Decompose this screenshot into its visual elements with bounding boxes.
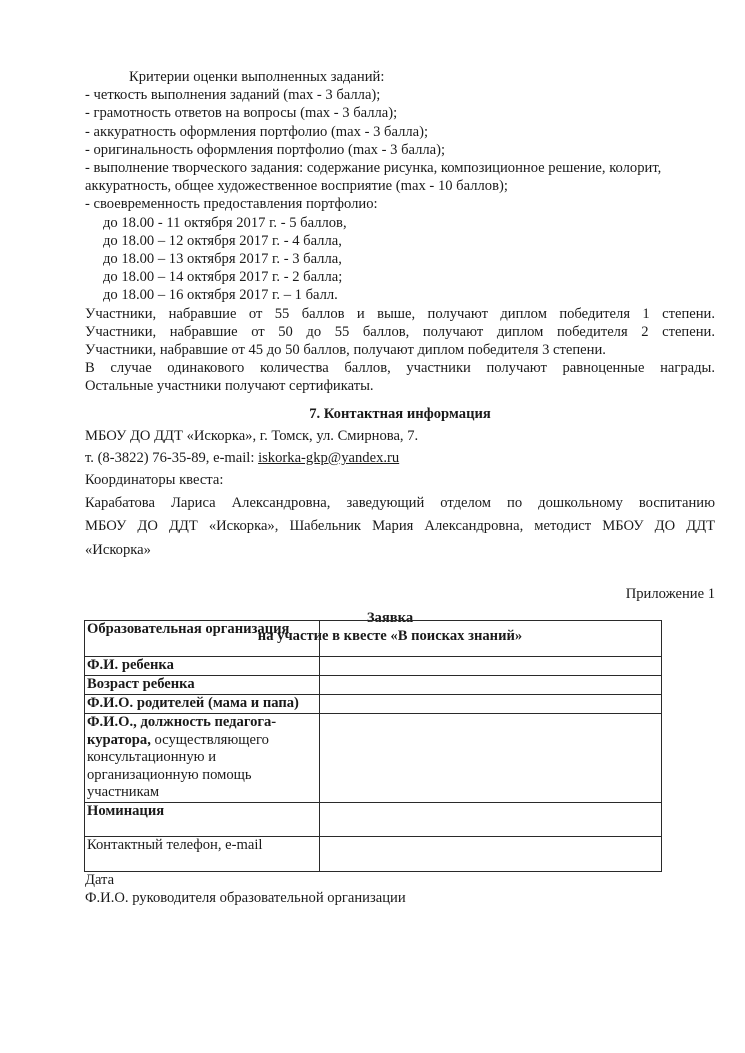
row-label-organization: Образовательная организация bbox=[85, 621, 320, 657]
table-row: Ф.И. ребенка bbox=[85, 657, 662, 676]
contacts-heading: 7. Контактная информация bbox=[85, 405, 715, 423]
deadline-item: до 18.00 – 16 октября 2017 г. – 1 балл. bbox=[85, 286, 715, 304]
coordinators-line: МБОУ ДО ДДТ «Искорка», Шабельник Мария А… bbox=[85, 517, 715, 535]
row-label-curator: Ф.И.О., должность педагога-куратора, осу… bbox=[85, 714, 320, 803]
row-value-nomination[interactable] bbox=[320, 803, 662, 837]
contacts-address: МБОУ ДО ДДТ «Искорка», г. Томск, ул. Сми… bbox=[85, 427, 715, 445]
deadline-item: до 18.00 – 13 октября 2017 г. - 3 балла, bbox=[85, 250, 715, 268]
table-row: Возраст ребенка bbox=[85, 676, 662, 695]
criteria-item: - выполнение творческого задания: содерж… bbox=[85, 159, 715, 177]
head-name-label: Ф.И.О. руководителя образовательной орга… bbox=[85, 889, 406, 907]
row-value-child-name[interactable] bbox=[320, 657, 662, 676]
table-row: Ф.И.О., должность педагога-куратора, осу… bbox=[85, 714, 662, 803]
appendix-label: Приложение 1 bbox=[85, 585, 715, 603]
table-row: Образовательная организация bbox=[85, 621, 662, 657]
row-value-organization[interactable] bbox=[320, 621, 662, 657]
criteria-item: - грамотность ответов на вопросы (max - … bbox=[85, 104, 715, 122]
criteria-item: - четкость выполнения заданий (max - 3 б… bbox=[85, 86, 715, 104]
row-value-parents[interactable] bbox=[320, 695, 662, 714]
criteria-intro: Критерии оценки выполненных заданий: bbox=[85, 68, 715, 86]
row-value-child-age[interactable] bbox=[320, 676, 662, 695]
row-label-child-name: Ф.И. ребенка bbox=[85, 657, 320, 676]
coordinators-line: Карабатова Лариса Александровна, заведую… bbox=[85, 494, 715, 512]
deadline-item: до 18.00 – 12 октября 2017 г. - 4 балла, bbox=[85, 232, 715, 250]
row-value-curator[interactable] bbox=[320, 714, 662, 803]
email-link[interactable]: iskorka-gkp@yandex.ru bbox=[258, 450, 399, 466]
row-label-child-age: Возраст ребенка bbox=[85, 676, 320, 695]
award-line: Участники, набравшие от 45 до 50 баллов,… bbox=[85, 341, 715, 359]
award-line: Участники, набравшие от 55 баллов и выше… bbox=[85, 305, 715, 323]
date-label: Дата bbox=[85, 871, 406, 889]
phone-text: т. (8-3822) 76-35-89, e-mail: bbox=[85, 450, 258, 466]
table-row: Контактный телефон, e-mail bbox=[85, 837, 662, 872]
document-page: Критерии оценки выполненных заданий: - ч… bbox=[85, 68, 715, 645]
criteria-item: аккуратность, общее художественное воспр… bbox=[85, 177, 715, 195]
coordinators-line: «Искорка» bbox=[85, 541, 715, 559]
criteria-item: - аккуратность оформления портфолио (max… bbox=[85, 123, 715, 141]
application-form-table: Образовательная организация Ф.И. ребенка… bbox=[84, 620, 662, 872]
table-row: Ф.И.О. родителей (мама и папа) bbox=[85, 695, 662, 714]
award-line: Участники, набравшие от 50 до 55 баллов,… bbox=[85, 323, 715, 341]
form-footer: Дата Ф.И.О. руководителя образовательной… bbox=[85, 871, 406, 907]
row-label-contacts: Контактный телефон, e-mail bbox=[85, 837, 320, 872]
contacts-phone: т. (8-3822) 76-35-89, e-mail: iskorka-gk… bbox=[85, 449, 715, 467]
award-line: В случае одинакового количества баллов, … bbox=[85, 359, 715, 377]
deadline-item: до 18.00 - 11 октября 2017 г. - 5 баллов… bbox=[85, 214, 715, 232]
criteria-item: - своевременность предоставления портфол… bbox=[85, 195, 715, 213]
award-line: Остальные участники получают сертификаты… bbox=[85, 377, 715, 395]
deadline-item: до 18.00 – 14 октября 2017 г. - 2 балла; bbox=[85, 268, 715, 286]
criteria-item: - оригинальность оформления портфолио (m… bbox=[85, 141, 715, 159]
coordinators-label: Координаторы квеста: bbox=[85, 471, 715, 489]
table-row: Номинация bbox=[85, 803, 662, 837]
row-value-contacts[interactable] bbox=[320, 837, 662, 872]
row-label-parents: Ф.И.О. родителей (мама и папа) bbox=[85, 695, 320, 714]
row-label-nomination: Номинация bbox=[85, 803, 320, 837]
